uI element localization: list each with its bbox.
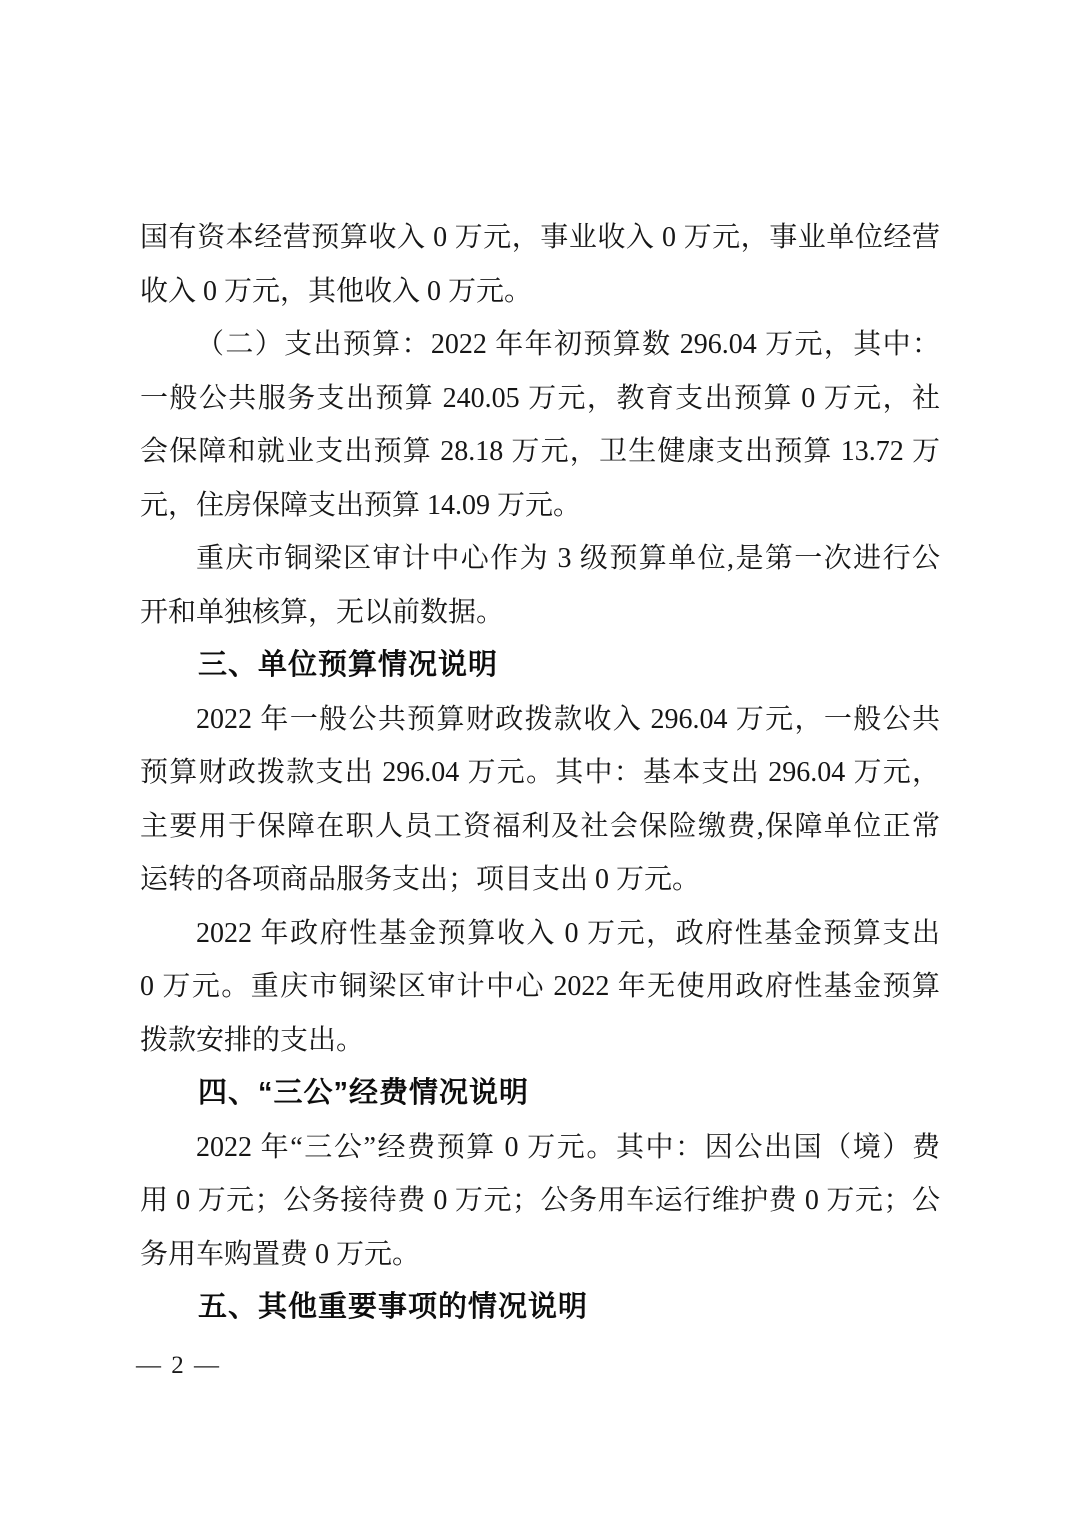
body-line: 会保障和就业支出预算 28.18 万元，卫生健康支出预算 13.72 万 [140,425,940,479]
body-line: 务用车购置费 0 万元。 [140,1228,940,1282]
body-line: 收入 0 万元，其他收入 0 万元。 [140,265,940,319]
section-heading-unit-budget: 三、单位预算情况说明 [140,639,940,693]
document-text-block: 国有资本经营预算收入 0 万元，事业收入 0 万元，事业单位经营 收入 0 万元… [140,211,940,1335]
page-number-footer: — 2 — [136,1350,221,1382]
body-line: 2022 年“三公”经费预算 0 万元。其中：因公出国（境）费 [140,1121,940,1175]
body-line: 运转的各项商品服务支出；项目支出 0 万元。 [140,853,940,907]
body-line: 用 0 万元；公务接待费 0 万元；公务用车运行维护费 0 万元；公 [140,1174,940,1228]
body-line: 拨款安排的支出。 [140,1014,940,1068]
body-line: 开和单独核算，无以前数据。 [140,586,940,640]
body-line: 主要用于保障在职人员工资福利及社会保险缴费,保障单位正常 [140,800,940,854]
body-line: 一般公共服务支出预算 240.05 万元，教育支出预算 0 万元，社 [140,372,940,426]
document-page: 国有资本经营预算收入 0 万元，事业收入 0 万元，事业单位经营 收入 0 万元… [0,0,1074,1520]
body-line: 0 万元。重庆市铜梁区审计中心 2022 年无使用政府性基金预算 [140,960,940,1014]
section-heading-other-important-matters: 五、其他重要事项的情况说明 [140,1281,940,1335]
body-line: （二）支出预算：2022 年年初预算数 296.04 万元，其中： [140,318,940,372]
body-line: 2022 年政府性基金预算收入 0 万元，政府性基金预算支出 [140,907,940,961]
body-line: 元，住房保障支出预算 14.09 万元。 [140,479,940,533]
section-heading-three-public-funds: 四、“三公”经费情况说明 [140,1067,940,1121]
body-line: 2022 年一般公共预算财政拨款收入 296.04 万元，一般公共 [140,693,940,747]
body-line: 预算财政拨款支出 296.04 万元。其中：基本支出 296.04 万元， [140,746,940,800]
body-line: 重庆市铜梁区审计中心作为 3 级预算单位,是第一次进行公 [140,532,940,586]
body-line: 国有资本经营预算收入 0 万元，事业收入 0 万元，事业单位经营 [140,211,940,265]
